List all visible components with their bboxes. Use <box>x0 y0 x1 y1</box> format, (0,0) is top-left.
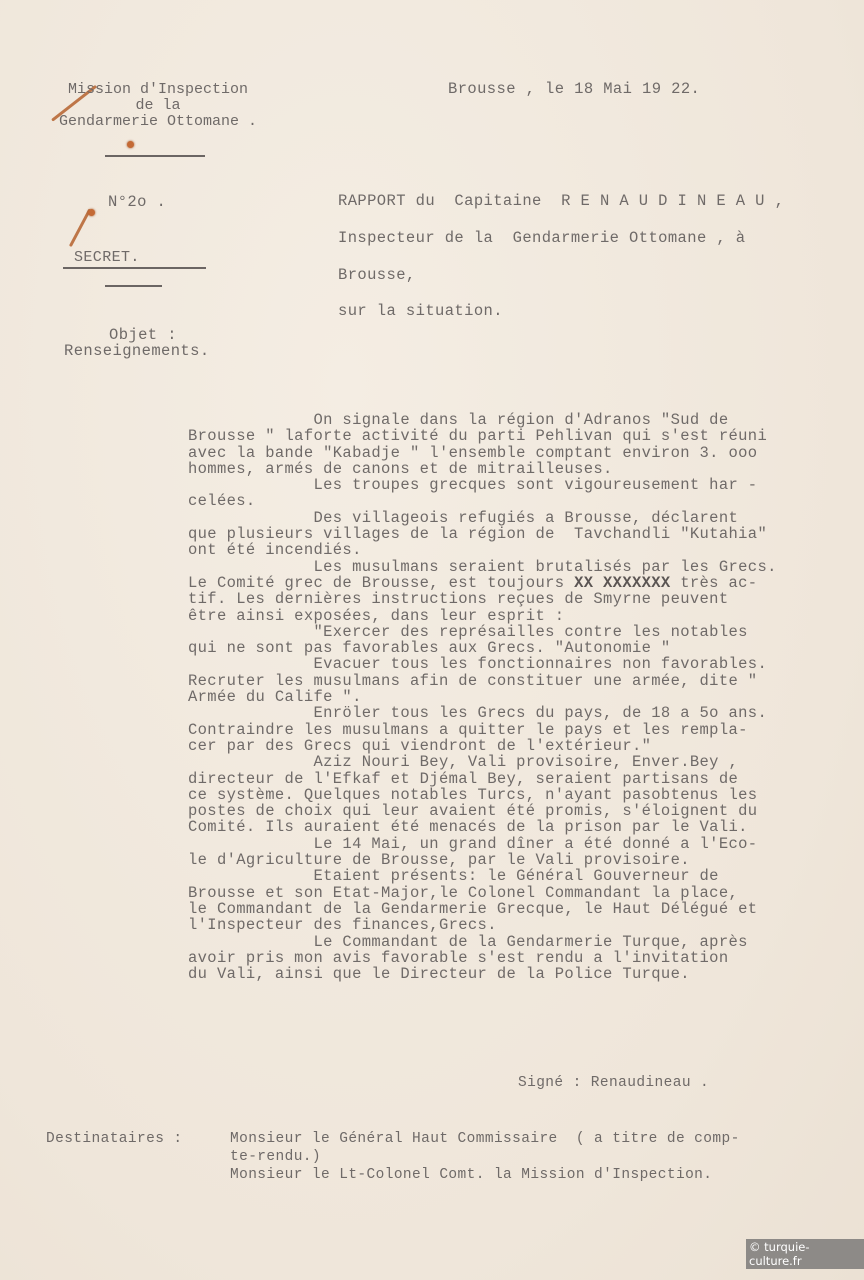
office-line: Mission d'Inspection <box>38 82 278 98</box>
signature: Signé : Renaudineau . <box>518 1075 709 1091</box>
body-line: Armée du Calife ". <box>188 689 858 705</box>
body-line: Aziz Nouri Bey, Vali provisoire, Enver.B… <box>188 754 858 770</box>
object-label: Objet : <box>109 327 177 343</box>
body-line: tif. Les dernières instructions reçues d… <box>188 591 858 607</box>
document-number: N°2o . <box>108 194 166 210</box>
body-line-text: très ac- <box>671 574 758 592</box>
body-line: postes de choix qui leur avaient été pro… <box>188 803 858 819</box>
body-line: Des villageois refugiés a Brousse, décla… <box>188 510 858 526</box>
place-date: Brousse , le 18 Mai 19 22. <box>448 81 700 97</box>
body-line: hommes, armés de canons et de mitrailleu… <box>188 461 858 477</box>
body-line: avec la bande "Kabadje " l'ensemble comp… <box>188 445 858 461</box>
report-title: RAPPORT du Capitaine R E N A U D I N E A… <box>338 193 784 209</box>
body-line: que plusieurs villages de la région de T… <box>188 526 858 542</box>
recipient-line: Monsieur le Général Haut Commissaire ( a… <box>230 1131 740 1147</box>
body-line: cer par des Grecs qui viendront de l'ext… <box>188 738 858 754</box>
body-line: le Commandant de la Gendarmerie Grecque,… <box>188 901 858 917</box>
body-line: Evacuer tous les fonctionnaires non favo… <box>188 656 858 672</box>
body-line: ce système. Quelques notables Turcs, n'a… <box>188 787 858 803</box>
divider <box>105 155 205 157</box>
body-line: Etaient présents: le Général Gouverneur … <box>188 868 858 884</box>
report-body: On signale dans la région d'Adranos "Sud… <box>188 412 858 982</box>
body-line: Le Commandant de la Gendarmerie Turque, … <box>188 934 858 950</box>
body-line: directeur de l'Efkaf et Djémal Bey, sera… <box>188 771 858 787</box>
office-line: de la <box>38 98 278 114</box>
body-line: Comité. Ils auraient été menacés de la p… <box>188 819 858 835</box>
body-line: Les troupes grecques sont vigoureusement… <box>188 477 858 493</box>
body-line: Les musulmans seraient brutalisés par le… <box>188 559 858 575</box>
body-line: Enröler tous les Grecs du pays, de 18 a … <box>188 705 858 721</box>
body-line: On signale dans la région d'Adranos "Sud… <box>188 412 858 428</box>
divider <box>105 285 162 287</box>
body-line: "Exercer des représailles contre les not… <box>188 624 858 640</box>
recipient-line: te-rendu.) <box>230 1149 321 1165</box>
classification-label: SECRET. <box>74 250 140 266</box>
copyright-watermark: © turquie-culture.fr <box>746 1239 864 1269</box>
office-line: Gendarmerie Ottomane . <box>38 114 278 130</box>
body-line: celées. <box>188 493 858 509</box>
divider <box>63 267 206 269</box>
body-line-text: Le Comité grec de Brousse, est toujours <box>188 574 574 592</box>
report-subject: sur la situation. <box>338 303 503 319</box>
body-line: l'Inspecteur des finances,Grecs. <box>188 917 858 933</box>
recipients-label: Destinataires : <box>46 1131 183 1147</box>
report-location: Brousse, <box>338 267 416 283</box>
issuing-office: Mission d'Inspection de la Gendarmerie O… <box>38 82 278 130</box>
body-line: du Vali, ainsi que le Directeur de la Po… <box>188 966 858 982</box>
body-line: avoir pris mon avis favorable s'est rend… <box>188 950 858 966</box>
recipient-line: Monsieur le Lt-Colonel Comt. la Mission … <box>230 1167 712 1183</box>
body-line: Brousse et son Etat-Major,le Colonel Com… <box>188 885 858 901</box>
body-line: être ainsi exposées, dans leur esprit : <box>188 608 858 624</box>
document-page: Mission d'Inspection de la Gendarmerie O… <box>0 0 864 1280</box>
object-value: Renseignements. <box>64 343 210 359</box>
body-line: Recruter les musulmans afin de constitue… <box>188 673 858 689</box>
body-line: Contraindre les musulmans a quitter le p… <box>188 722 858 738</box>
body-line: Brousse " laforte activité du parti Pehl… <box>188 428 858 444</box>
body-line: ont été incendiés. <box>188 542 858 558</box>
body-line: qui ne sont pas favorables aux Grecs. "A… <box>188 640 858 656</box>
rust-dot <box>88 209 95 216</box>
rust-dot <box>127 141 134 148</box>
body-line: Le Comité grec de Brousse, est toujours … <box>188 575 858 591</box>
report-subtitle: Inspecteur de la Gendarmerie Ottomane , … <box>338 230 745 246</box>
body-line: Le 14 Mai, un grand dîner a été donné a … <box>188 836 858 852</box>
body-line: le d'Agriculture de Brousse, par le Vali… <box>188 852 858 868</box>
struck-out-text: XX XXXXXXX <box>574 574 671 592</box>
